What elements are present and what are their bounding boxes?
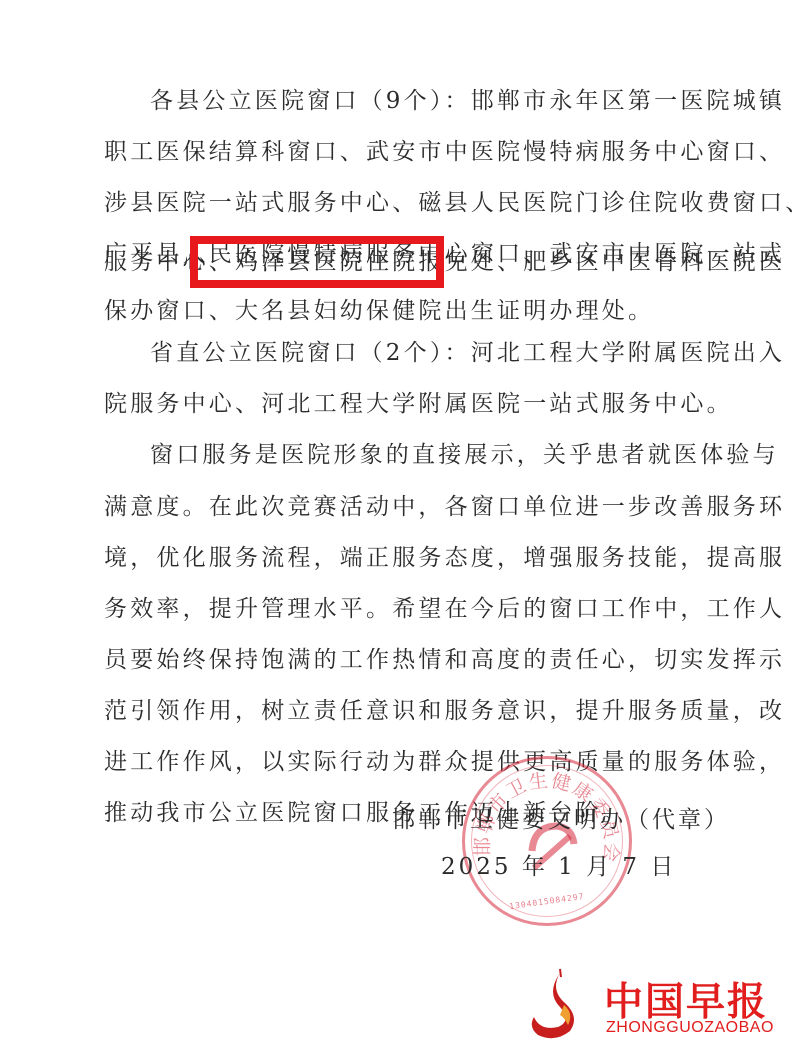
paragraph-3-line-6: 范引领作用，树立责任意识和服务意识，提升服务质量，改 [104,700,785,723]
issuer-signature: 邯郸市卫健委文明办（代章） [392,801,730,834]
paragraph-2-line-2: 院服务中心、河北工程大学附属医院一站式服务中心。 [104,393,733,416]
paragraph-3-line-5: 员要始终保持饱满的工作热情和高度的责任心，切实发挥示 [104,649,785,672]
paragraph-3-line-1: 窗口服务是医院形象的直接展示，关乎患者就医体验与 [150,444,779,467]
paragraph-1-line-6: 保办窗口、大名县妇幼保健院出生证明办理处。 [104,300,654,323]
paragraph-3-line-4: 务效率，提升管理水平。希望在今后的窗口工作中，工作人 [104,598,785,621]
highlight-box [190,236,444,288]
watermark-name-en: ZHONGGUOZAOBAO [606,1019,774,1037]
paragraph-1-line-3: 涉县医院一站式服务中心、磁县人民医院门诊住院收费窗口、 [104,192,800,215]
paragraph-1-line-1: 各县公立医院窗口（9个）：邯郸市永年区第一医院城镇 [150,90,785,113]
official-seal: 邯郸市卫生健康委员会 1304015084297 [462,756,632,926]
paragraph-2-line-1: 省直公立医院窗口（2个）：河北工程大学附属医院出入 [150,342,785,365]
paragraph-3-line-2: 满意度。在此次竞赛活动中，各窗口单位进一步改善服务环 [104,496,785,519]
paragraph-1-line-2: 职工医保结算科窗口、武安市中医院慢特病服务中心窗口、 [104,141,785,164]
document-page: 各县公立医院窗口（9个）：邯郸市永年区第一医院城镇 职工医保结算科窗口、武安市中… [0,0,800,1063]
issue-date: 2025 年 1 月 7 日 [441,848,676,881]
paragraph-3-line-7: 进工作作风，以实际行动为群众提供更高质量的服务体验， [104,751,785,774]
paragraph-3-line-3: 境，优化服务流程，端正服务态度，增强服务技能，提高服 [104,547,785,570]
flame-logo-icon [520,965,600,1045]
watermark-logo: 中国早报 ZHONGGUOZAOBAO [520,965,790,1045]
